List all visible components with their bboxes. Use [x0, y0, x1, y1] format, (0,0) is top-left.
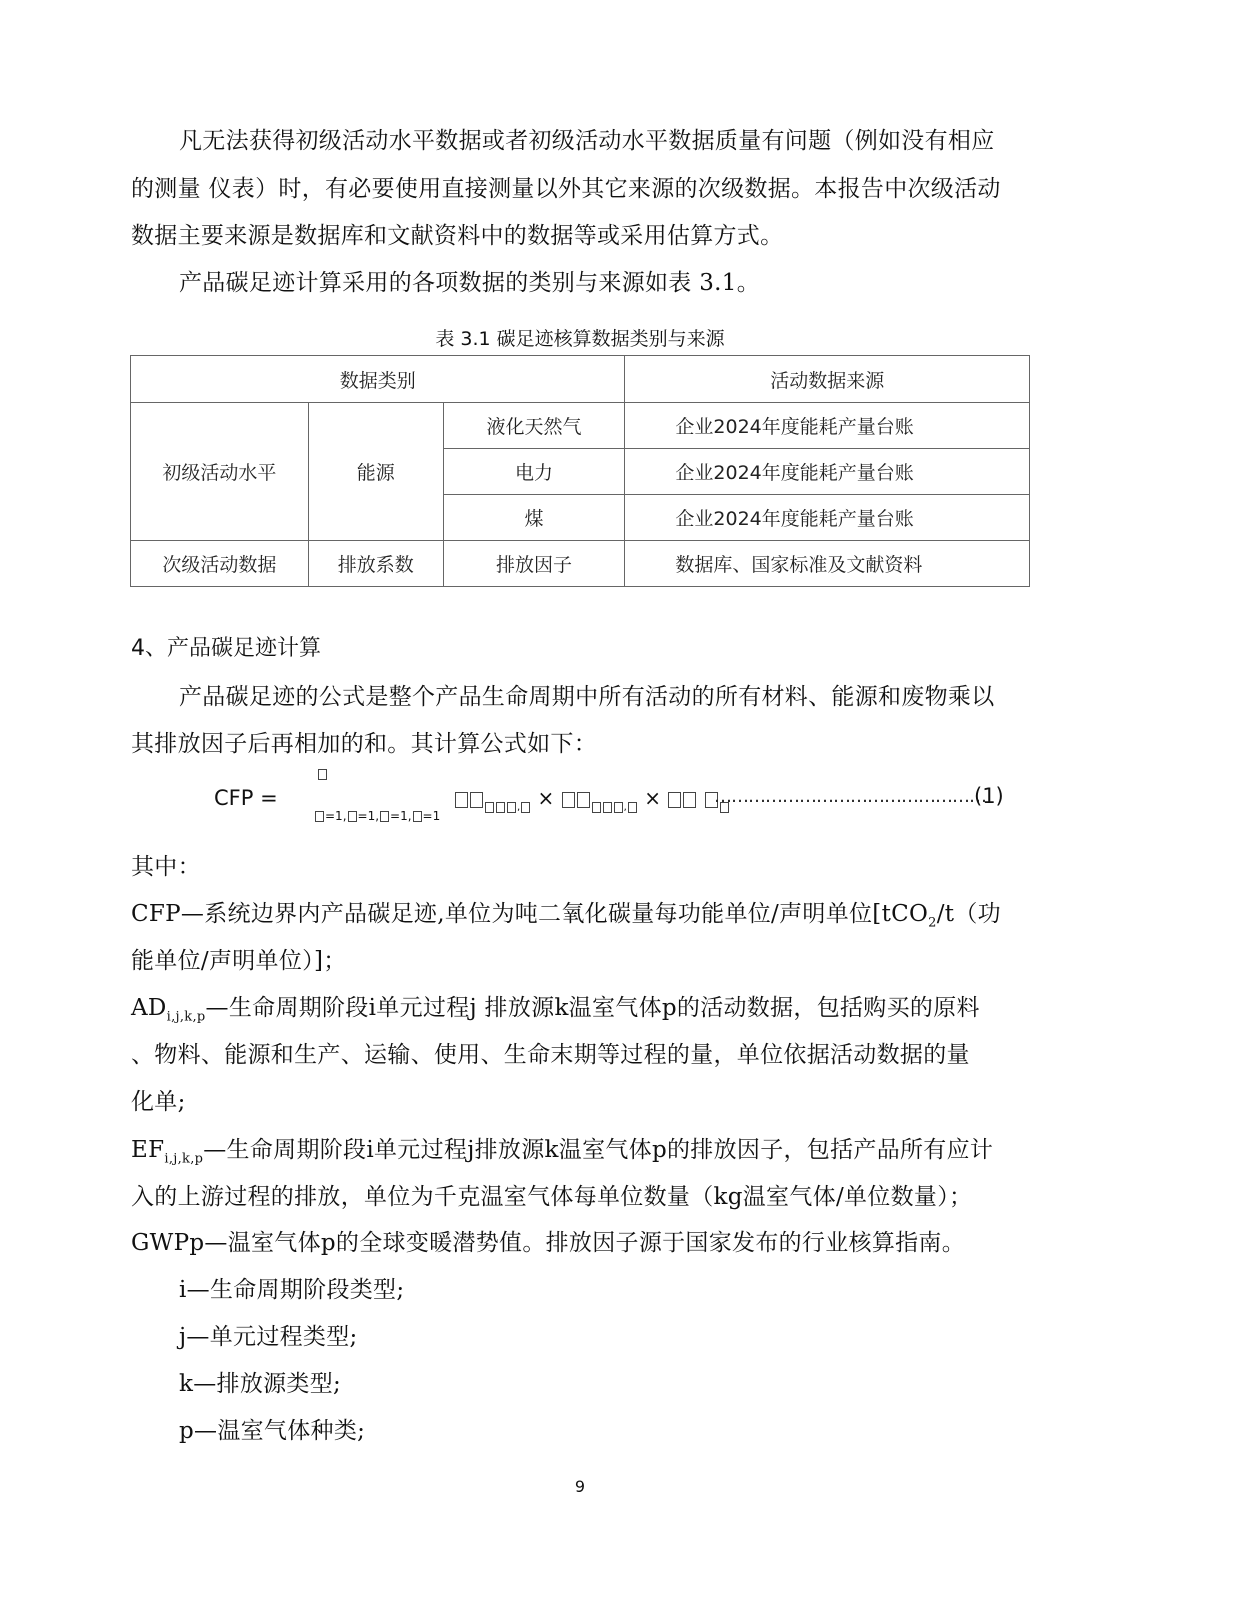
- cell-source: 企业2024年度能耗产量台账: [625, 449, 1030, 495]
- missing-glyph-icon: [683, 792, 696, 808]
- table-row: 次级活动数据 排放系数 排放因子 数据库、国家标准及文献资料: [131, 541, 1030, 587]
- document-page: 凡无法获得初级活动水平数据或者初级活动水平数据质量有问题（例如没有相应 的测量 …: [0, 0, 1236, 1600]
- formula-leader-dots: …………………………………………: [714, 786, 986, 807]
- formula-number: (1): [974, 784, 1004, 808]
- missing-glyph-icon: [668, 792, 681, 808]
- cell-level: 次级活动数据: [131, 541, 309, 587]
- missing-glyph-icon: [470, 792, 483, 808]
- page-number: 9: [0, 1477, 1160, 1496]
- section-paragraph-line: 产品碳足迹的公式是整个产品生命周期中所有活动的所有材料、能源和废物乘以: [179, 682, 995, 712]
- cell-type: 排放系数: [308, 541, 443, 587]
- cell-item: 电力: [443, 449, 625, 495]
- table-caption: 表 3.1 碳足迹核算数据类别与来源: [0, 326, 1160, 352]
- subscript: i,j,k,p: [164, 1152, 203, 1167]
- cell-source: 企业2024年度能耗产量台账: [625, 403, 1030, 449]
- ef-definition: EFi,j,k,p—生命周期阶段i单元过程j排放源k温室气体p的排放因子，包括产…: [131, 1135, 993, 1175]
- times-sign: ×: [644, 786, 661, 810]
- missing-glyph-icon: [562, 792, 575, 808]
- ad-definition: ADi,j,k,p—生命周期阶段i单元过程j 排放源k温室气体p的活动数据，包括…: [131, 993, 980, 1033]
- table-reference-paragraph: 产品碳足迹计算采用的各项数据的类别与来源如表 3.1。: [179, 268, 760, 298]
- cell-source: 企业2024年度能耗产量台账: [625, 495, 1030, 541]
- ad-definition-text: —生命周期阶段i单元过程j 排放源k温室气体p的活动数据，包括购买的原料: [206, 995, 980, 1021]
- intro-paragraph-line: 的测量 仪表）时，有必要使用直接测量以外其它来源的次级数据。本报告中次级活动: [131, 174, 1001, 204]
- ad-symbol: AD: [131, 995, 167, 1021]
- cell-level: 初级活动水平: [131, 403, 309, 541]
- p-definition: p—温室气体种类;: [179, 1416, 365, 1446]
- intro-paragraph-line: 数据主要来源是数据库和文献资料中的数据等或采用估算方式。: [131, 221, 783, 251]
- summation-upper-limit: [317, 769, 328, 781]
- cfp-definition-cont: 能单位/声明单位）]；: [131, 946, 347, 976]
- missing-glyph-icon: [348, 811, 357, 822]
- data-source-table: 数据类别 活动数据来源 初级活动水平 能源 液化天然气 企业2024年度能耗产量…: [130, 355, 1030, 587]
- cell-item: 排放因子: [443, 541, 625, 587]
- k-definition: k—排放源类型;: [179, 1369, 341, 1399]
- table-row: 初级活动水平 能源 液化天然气 企业2024年度能耗产量台账: [131, 403, 1030, 449]
- cell-item: 煤: [443, 495, 625, 541]
- formula-lhs: CFP =: [214, 786, 278, 810]
- missing-glyph-icon: [318, 769, 327, 780]
- missing-glyph-icon: [577, 792, 590, 808]
- gwp-definition: GWPp—温室气体p的全球变暖潜势值。排放因子源于国家发布的行业核算指南。: [131, 1228, 965, 1258]
- cell-type: 能源: [308, 403, 443, 541]
- missing-glyph-icon: [315, 811, 324, 822]
- summation-lower-limit: =1,=1,=1,=1: [314, 809, 440, 823]
- header-category: 数据类别: [131, 356, 625, 403]
- cell-source: 数据库、国家标准及文献资料: [625, 541, 1030, 587]
- cfp-definition-tail: /t（功: [937, 901, 1001, 927]
- formula-body: , × , ×: [454, 786, 730, 813]
- ad-definition-cont: 、物料、能源和生产、运输、使用、生命末期等过程的量，单位依据活动数据的量: [131, 1040, 970, 1070]
- ef-symbol: EF: [131, 1137, 164, 1163]
- cfp-definition: CFP—系统边界内产品碳足迹,单位为吨二氧化碳量每功能单位/声明单位[tCO2/…: [131, 899, 1001, 939]
- missing-glyph-icon: [455, 792, 468, 808]
- i-definition: i—生命周期阶段类型;: [179, 1275, 404, 1305]
- ef-definition-text: —生命周期阶段i单元过程j排放源k温室气体p的排放因子，包括产品所有应计: [203, 1137, 993, 1163]
- subscript: 2: [928, 916, 937, 931]
- section-paragraph-line: 其排放因子后再相加的和。其计算公式如下：: [131, 729, 597, 759]
- header-source: 活动数据来源: [625, 356, 1030, 403]
- missing-glyph-icon: [380, 811, 389, 822]
- definitions-intro: 其中：: [131, 852, 201, 882]
- cell-item: 液化天然气: [443, 403, 625, 449]
- times-sign: ×: [538, 786, 555, 810]
- cfp-formula: CFP = =1,=1,=1,=1 , × , × ………………………………………: [214, 780, 1014, 830]
- cfp-definition-text: CFP—系统边界内产品碳足迹,单位为吨二氧化碳量每功能单位/声明单位[tCO: [131, 901, 928, 927]
- table-header-row: 数据类别 活动数据来源: [131, 356, 1030, 403]
- ef-definition-cont: 入的上游过程的排放，单位为千克温室气体每单位数量（kg温室气体/单位数量）；: [131, 1182, 972, 1212]
- intro-paragraph-line: 凡无法获得初级活动水平数据或者初级活动水平数据质量有问题（例如没有相应: [179, 126, 995, 156]
- ad-definition-cont: 化单;: [131, 1087, 186, 1117]
- j-definition: j—单元过程类型;: [179, 1322, 358, 1352]
- missing-glyph-icon: [413, 811, 422, 822]
- subscript: i,j,k,p: [167, 1010, 206, 1025]
- section-heading: 4、产品碳足迹计算: [131, 634, 321, 664]
